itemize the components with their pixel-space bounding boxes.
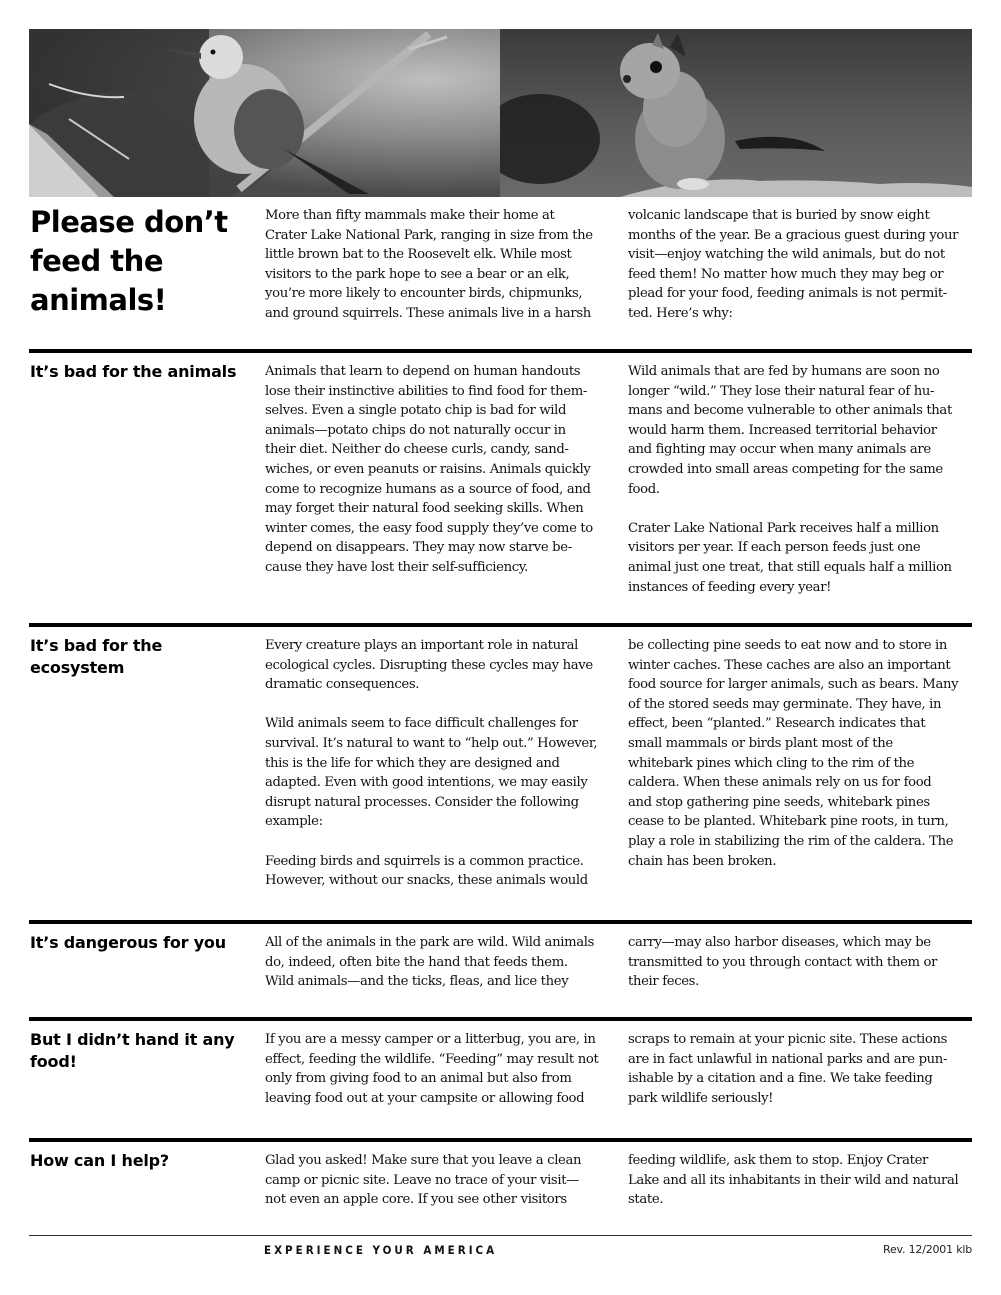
bird-illustration-icon: [29, 29, 500, 197]
section-bad-for-ecosystem-col2: be collecting pine seeds to eat now and …: [628, 636, 978, 871]
footer-divider: [29, 1235, 972, 1236]
section-bad-for-ecosystem-col1: Every creature plays an important role i…: [265, 636, 615, 891]
section-divider: [29, 1138, 972, 1142]
section-divider: [29, 920, 972, 924]
section-divider: [29, 623, 972, 627]
section-heading-bad-for-animals: It’s bad for the animals: [30, 361, 245, 383]
section-didnt-hand-food-col2: scraps to remain at your picnic site. Th…: [628, 1030, 978, 1108]
section-bad-for-animals-col2: Wild animals that are fed by humans are …: [628, 362, 978, 597]
section-divider: [29, 349, 972, 353]
section-bad-for-animals-col1: Animals that learn to depend on human ha…: [265, 362, 615, 578]
squirrel-illustration-icon: [500, 29, 972, 197]
section-how-can-i-help-col1: Glad you asked! Make sure that you leave…: [265, 1151, 615, 1210]
section-dangerous-col1: All of the animals in the park are wild.…: [265, 933, 615, 992]
section-heading-bad-for-ecosystem: It’s bad for the ecosystem: [30, 635, 245, 678]
intro-text-col1: More than fifty mammals make their home …: [265, 206, 615, 324]
section-heading-dangerous-for-you: It’s dangerous for you: [30, 932, 245, 954]
section-didnt-hand-food-col1: If you are a messy camper or a litterbug…: [265, 1030, 615, 1108]
footer-tagline: EXPERIENCE YOUR AMERICA: [264, 1243, 497, 1257]
section-heading-didnt-hand-food: But I didn’t hand it any food!: [30, 1029, 245, 1072]
section-divider: [29, 1017, 972, 1021]
page-title: Please don’t feed the animals!: [30, 203, 250, 320]
section-heading-how-can-i-help: How can I help?: [30, 1150, 245, 1172]
squirrel-photo-icon: [500, 29, 972, 197]
section-how-can-i-help-col2: feeding wildlife, ask them to stop. Enjo…: [628, 1151, 978, 1210]
section-dangerous-col2: carry—may also harbor diseases, which ma…: [628, 933, 978, 992]
bird-photo-icon: [29, 29, 500, 197]
photo-banner: [29, 29, 972, 197]
footer-revision: Rev. 12/2001 klb: [883, 1243, 972, 1256]
intro-text-col2: volcanic landscape that is buried by sno…: [628, 206, 978, 324]
